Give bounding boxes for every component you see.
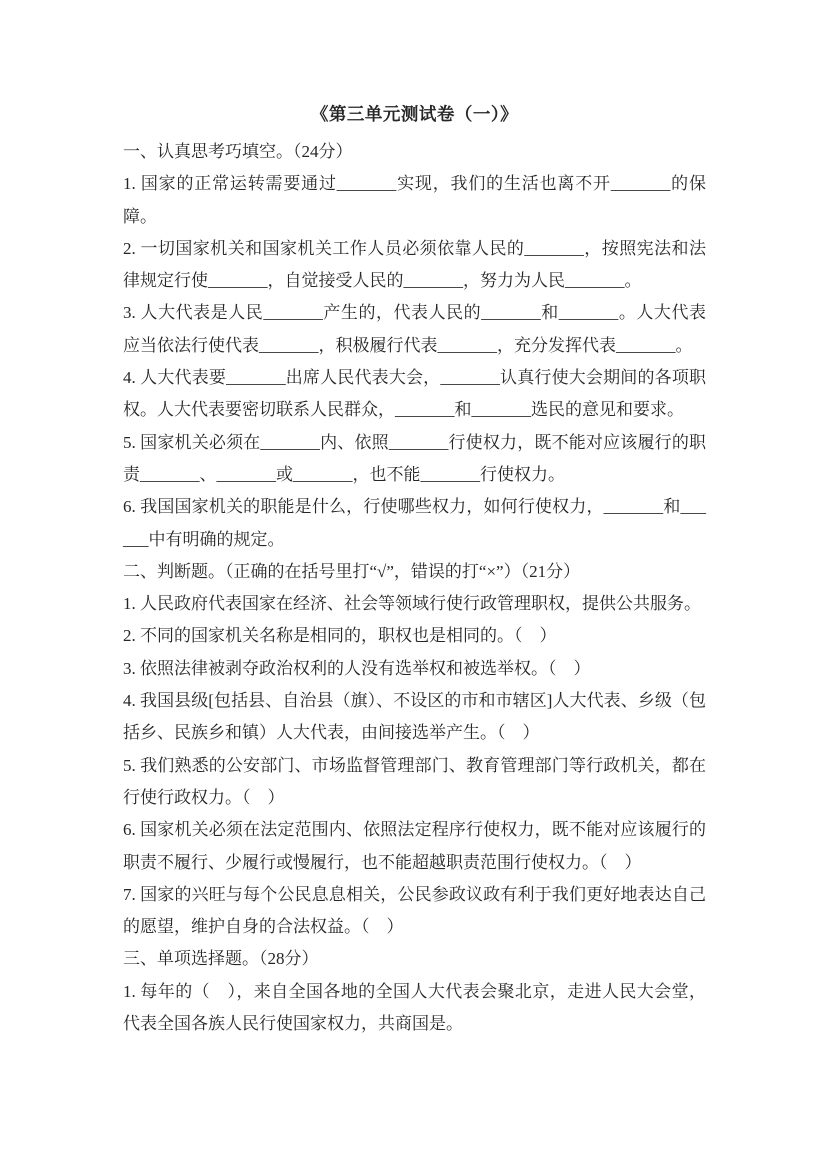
section-true-false: 二、判断题。（正确的在括号里打“√”，错误的打“×”）（21分） 1. 人民政府… — [123, 556, 706, 944]
fill-question-2: 2. 一切国家机关和国家机关工作人员必须依靠人民的_______，按照宪法和法律… — [123, 233, 706, 298]
tf-question-4: 4. 我国县级[包括县、自治县（旗）、不设区的市和市辖区]人大代表、乡级（包括乡… — [123, 685, 706, 750]
tf-question-1: 1. 人民政府代表国家在经济、社会等领域行使行政管理职权，提供公共服务。 — [123, 588, 706, 620]
mc-question-1: 1. 每年的（ ），来自全国各地的全国人大代表会聚北京，走进人民大会堂，代表全国… — [123, 976, 706, 1041]
test-paper-page: 《第三单元测试卷（一）》 一、认真思考巧填空。（24分） 1. 国家的正常运转需… — [0, 0, 826, 1169]
fill-question-4: 4. 人大代表要_______出席人民代表大会，_______认真行使大会期间的… — [123, 362, 706, 427]
tf-question-5: 5. 我们熟悉的公安部门、市场监督管理部门、教育管理部门等行政机关，都在行使行政… — [123, 750, 706, 815]
fill-question-3: 3. 人大代表是人民_______产生的，代表人民的_______和______… — [123, 297, 706, 362]
section-multiple-choice: 三、单项选择题。（28分） 1. 每年的（ ），来自全国各地的全国人大代表会聚北… — [123, 943, 706, 1040]
section-fill-in-blanks: 一、认真思考巧填空。（24分） 1. 国家的正常运转需要通过_______实现，… — [123, 136, 706, 556]
fill-question-5: 5. 国家机关必须在_______内、依照_______行使权力，既不能对应该履… — [123, 427, 706, 492]
tf-question-2: 2. 不同的国家机关名称是相同的，职权也是相同的。（ ） — [123, 620, 706, 652]
section-2-heading: 二、判断题。（正确的在括号里打“√”，错误的打“×”）（21分） — [123, 556, 706, 588]
fill-question-1: 1. 国家的正常运转需要通过_______实现，我们的生活也离不开_______… — [123, 168, 706, 233]
section-1-heading: 一、认真思考巧填空。（24分） — [123, 136, 706, 168]
fill-question-6: 6. 我国国家机关的职能是什么，行使哪些权力，如何行使权力，_______和__… — [123, 491, 706, 556]
tf-question-7: 7. 国家的兴旺与每个公民息息相关，公民参政议政有利于我们更好地表达自己的愿望，… — [123, 879, 706, 944]
tf-question-6: 6. 国家机关必须在法定范围内、依照法定程序行使权力，既不能对应该履行的职责不履… — [123, 814, 706, 879]
tf-question-3: 3. 依照法律被剥夺政治权利的人没有选举权和被选举权。（ ） — [123, 653, 706, 685]
document-title: 《第三单元测试卷（一）》 — [123, 97, 706, 131]
section-3-heading: 三、单项选择题。（28分） — [123, 943, 706, 975]
